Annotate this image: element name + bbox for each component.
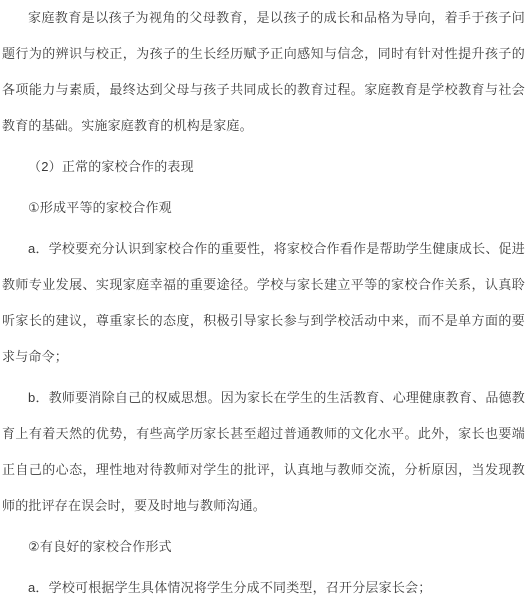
- subheading-1-equal-cooperation-view: ①形成平等的家校合作观: [2, 190, 525, 226]
- document-page: 家庭教育是以孩子为视角的父母教育，是以孩子的成长和品格为导向，着手于孩子问题行为…: [0, 0, 527, 604]
- paragraph-family-education-definition: 家庭教育是以孩子为视角的父母教育，是以孩子的成长和品格为导向，着手于孩子问题行为…: [2, 0, 525, 144]
- paragraph-item-b-teacher-authority: b．教师要消除自己的权威思想。因为家长在学生的生活教育、心理健康教育、品德教育上…: [2, 380, 525, 524]
- paragraph-item-a-layered-parent-meetings: a．学校可根据学生具体情况将学生分成不同类型，召开分层家长会；: [2, 570, 525, 604]
- paragraph-item-a-school-recognition: a．学校要充分认识到家校合作的重要性，将家校合作看作是帮助学生健康成长、促进教师…: [2, 231, 525, 375]
- subheading-2-good-cooperation-forms: ②有良好的家校合作形式: [2, 529, 525, 565]
- heading-section-2-normal-cooperation: （2）正常的家校合作的表现: [2, 149, 525, 185]
